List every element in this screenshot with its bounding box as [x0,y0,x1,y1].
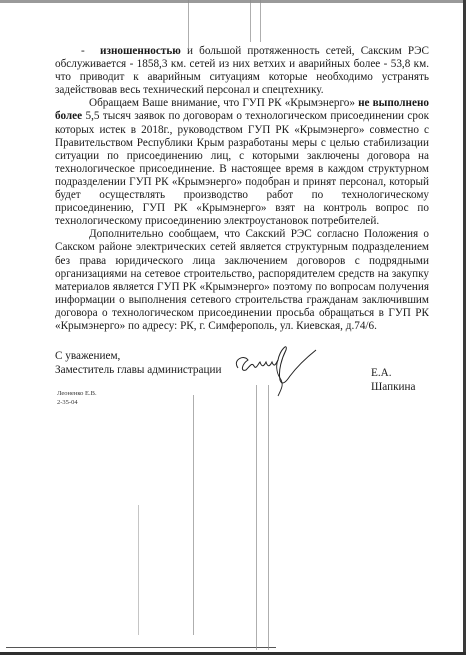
paragraph-text: Обращаем Ваше внимание, что ГУП РК «Крым… [89,97,358,109]
executor-name: Леоненко Е.В. [57,389,97,398]
bold-lead: изношенностью [100,45,181,57]
fold-line [138,505,139,635]
fold-line [188,0,189,48]
fold-line [250,0,251,42]
paragraph-1: -изношенностью и большой протяженность с… [55,45,429,97]
executor-phone: 2-35-04 [57,398,97,407]
handwritten-signature-icon [230,340,320,400]
paragraph-text: Дополнительно сообщаем, что Сакский РЭС … [55,228,429,332]
paragraph-3: Дополнительно сообщаем, что Сакский РЭС … [55,228,429,333]
fold-line [268,385,269,650]
scan-top-border [0,0,466,3]
fold-line [193,395,194,635]
paragraph-2: Обращаем Ваше внимание, что ГУП РК «Крым… [55,97,429,228]
paragraph-text: 5,5 тысяч заявок по договорам о технолог… [55,110,429,227]
executor-info: Леоненко Е.В. 2-35-04 [57,389,97,407]
list-dash: - [68,45,100,58]
fold-line [256,385,257,650]
fold-line [260,0,261,42]
letter-body: -изношенностью и большой протяженность с… [55,45,429,333]
scan-artifact-line [6,647,276,648]
signer-name: Е.А. Шапкина [371,366,435,394]
